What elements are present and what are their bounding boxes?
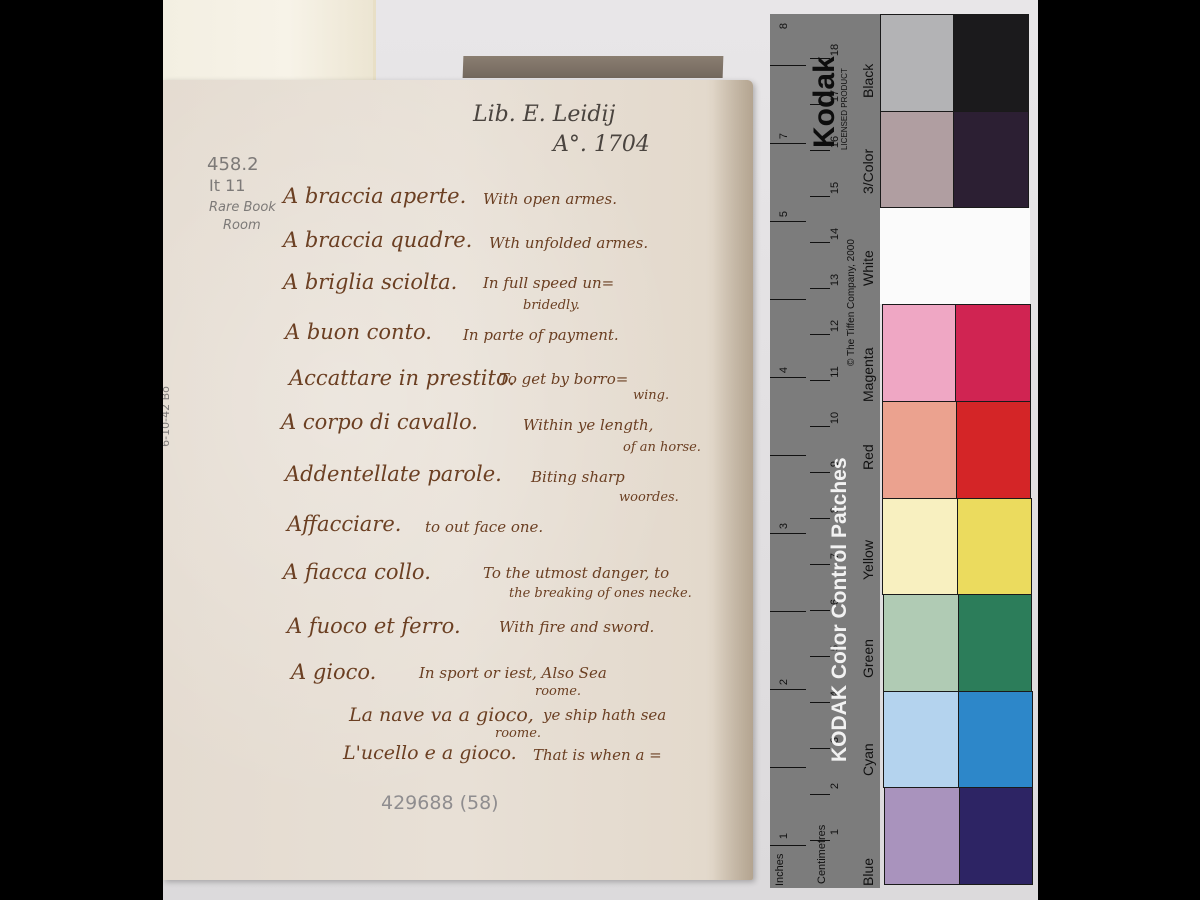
entry-english: In parte of payment. [463, 326, 619, 344]
patch-label-yellow: Yellow [860, 540, 876, 580]
patch-black-dark [953, 14, 1029, 112]
patch-green-light [883, 594, 959, 692]
copyright-text: © The Tiffen Company, 2000 [846, 239, 857, 366]
inch-mark: 4 [778, 360, 790, 380]
ownership-heading-line1: Lib. E. Leidij [473, 102, 615, 127]
inch-mark: 8 [778, 16, 790, 36]
patch-yellow-light [882, 498, 958, 595]
inches-label: Inches [774, 854, 786, 886]
entry-italian: Accattare in prestito. [289, 366, 515, 390]
centimetres-label: Centimetres [816, 825, 828, 884]
entry-english: That is when a = [533, 746, 662, 764]
cm-mark: 13 [829, 270, 841, 290]
cm-mark: 2 [829, 776, 841, 796]
book-board-edge [463, 56, 724, 78]
entry-continuation: the breaking of ones necke. [509, 586, 692, 601]
inch-mark: 1 [778, 826, 790, 846]
patch-label-red: Red [860, 444, 876, 470]
cm-mark: 12 [829, 316, 841, 336]
patch-white [880, 208, 1030, 304]
patch-red-light [882, 401, 957, 499]
entry-italian: La nave va a gioco, [349, 704, 534, 726]
cm-mark: 1 [829, 822, 841, 842]
entry-english: In sport or iest, Also Sea [419, 664, 607, 682]
patch-blue-light [884, 787, 960, 885]
entry-italian: Addentellate parole. [285, 462, 502, 486]
entry-english: To get by borro= [499, 370, 628, 388]
patch-label-blue: Blue [860, 858, 876, 886]
entry-italian: A buon conto. [285, 320, 432, 344]
entry-continuation: roome. [495, 726, 541, 741]
entry-italian: A gioco. [291, 660, 376, 684]
shelfmark-location-line1: Rare Book [209, 200, 276, 215]
patch-red-dark [956, 401, 1031, 499]
entry-continuation: wing. [633, 388, 669, 403]
inch-mark: 7 [778, 126, 790, 146]
entry-english: In full speed un= [483, 274, 614, 292]
entry-english: With open armes. [483, 190, 617, 208]
patch-label-cyan: Cyan [860, 743, 876, 776]
entry-italian: L'ucello e a gioco. [343, 742, 517, 764]
entry-italian: A braccia aperte. [283, 184, 466, 208]
patch-label-magenta: Magenta [860, 348, 876, 402]
shelfmark-location-line2: Room [223, 218, 261, 233]
inch-mark: 3 [778, 516, 790, 536]
patch-green-dark [958, 594, 1032, 692]
margin-note: 6-10-42 Bo [163, 386, 172, 447]
entry-italian: A fuoco et ferro. [287, 614, 461, 638]
patch-label-black: Black [860, 64, 876, 98]
entry-english: ye ship hath sea [543, 706, 666, 724]
shelfmark-number: 458.2 [207, 154, 259, 175]
patch-blue-dark [959, 787, 1033, 885]
licensed-product-text: LICENSED PRODUCT [840, 68, 849, 150]
inch-mark: 2 [778, 672, 790, 692]
patch-magenta-dark [955, 304, 1031, 402]
tissue-flyleaf [163, 0, 376, 84]
entry-continuation: woordes. [619, 490, 679, 505]
entry-english: To the utmost danger, to [483, 564, 669, 582]
ownership-heading-line2: A°. 1704 [553, 132, 650, 157]
patch-3color-dark [953, 111, 1029, 208]
patch-label-3color: 3/Color [860, 149, 876, 194]
cm-mark: 11 [829, 362, 841, 382]
patch-label-green: Green [860, 639, 876, 678]
patch-cyan-dark [958, 691, 1033, 788]
patch-black-light [880, 14, 954, 112]
patch-3color-light [880, 111, 954, 208]
entry-english: Biting sharp [531, 468, 625, 486]
entry-english: to out face one. [425, 518, 543, 536]
entry-continuation: of an horse. [623, 440, 701, 455]
patch-cyan-light [883, 691, 959, 788]
patch-yellow-dark [957, 498, 1032, 595]
chart-title: KODAK Color Control Patches [828, 457, 852, 762]
inch-ruler: 1 2 3 4 5 7 8 [770, 14, 810, 888]
kodak-color-chart: 1 2 3 4 5 7 8 Inches [770, 14, 1032, 888]
shelfmark-sub: It 11 [209, 176, 245, 195]
ruler-strip: 1 2 3 4 5 7 8 Inches [770, 14, 880, 888]
color-patches [880, 14, 1032, 888]
entry-english: Wth unfolded armes. [489, 234, 648, 252]
entry-continuation: bridedly. [523, 298, 580, 313]
patch-label-white: White [860, 250, 876, 286]
entry-italian: Affacciare. [287, 512, 401, 536]
inch-mark: 5 [778, 204, 790, 224]
entry-italian: A corpo di cavallo. [281, 410, 478, 434]
patch-magenta-light [882, 304, 956, 402]
entry-english: With fire and sword. [499, 618, 654, 636]
cm-mark: 14 [829, 224, 841, 244]
cm-mark: 10 [829, 408, 841, 428]
entry-italian: A braccia quadre. [283, 228, 472, 252]
kodak-logo: Kodak [808, 56, 842, 148]
cm-mark: 15 [829, 178, 841, 198]
manuscript-page: Lib. E. Leidij A°. 1704 458.2 It 11 Rare… [163, 80, 753, 880]
entry-continuation: roome. [535, 684, 581, 699]
accession-number: 429688 (58) [381, 792, 499, 814]
entry-english: Within ye length, [523, 416, 653, 434]
entry-italian: A fiacca collo. [283, 560, 431, 584]
entry-italian: A briglia sciolta. [283, 270, 457, 294]
